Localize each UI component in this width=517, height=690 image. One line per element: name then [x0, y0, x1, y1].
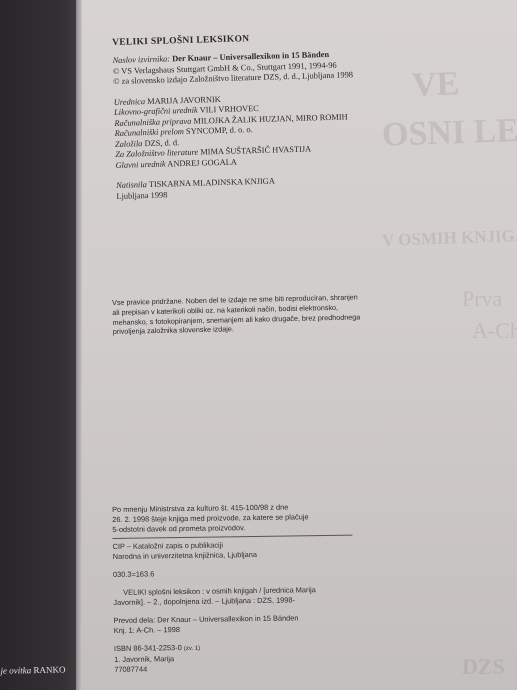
book-spine: nje ovitka RANKO: [0, 0, 76, 690]
bleed-through-text: DZS: [462, 654, 505, 680]
cip-block: Po mnenju Ministrstva za kulturo št. 415…: [112, 500, 444, 675]
rights-notice: Vse pravice pridržane. Noben del te izda…: [112, 291, 413, 337]
colophon-page: VE OSNI LEKSIKON V OSMIH KNJIGAH Prva A-…: [82, 0, 517, 690]
spine-credit-text: nje ovitka RANKO: [0, 664, 86, 676]
imprint-block: VELIKI SPLOŠNI LEKSIKON Naslov izvirnika…: [112, 27, 496, 202]
bleed-through-text: A-Ch: [472, 318, 517, 344]
bleed-through-text: Prva: [462, 286, 502, 312]
bleed-through-text: V OSMIH KNJIGAH: [382, 225, 517, 251]
book-title: VELIKI SPLOŠNI LEKSIKON: [112, 27, 492, 48]
